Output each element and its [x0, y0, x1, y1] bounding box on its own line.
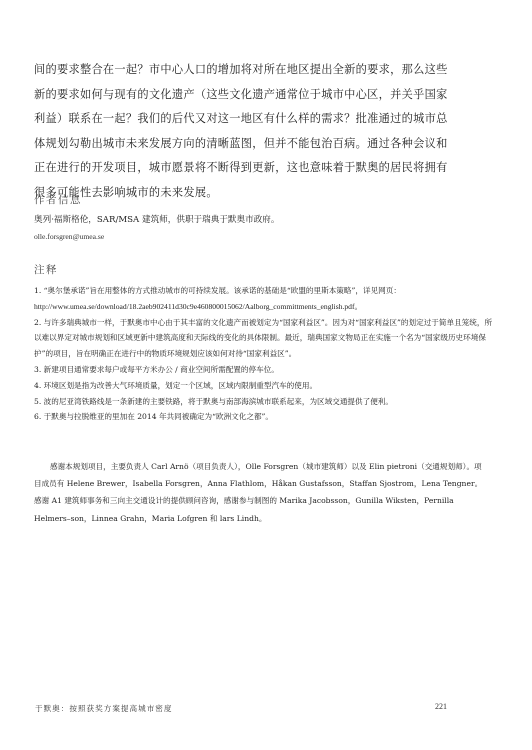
- note-text: 与许多瑞典城市一样，于默奥市中心由于其丰富的文化遗产而被划定为“国家利益区”。因…: [34, 318, 492, 359]
- note-link-suffix: 。: [355, 302, 363, 311]
- note-number: 2.: [34, 318, 41, 327]
- note-text: “奥尔堡承诺”旨在用整体的方式推动城市的可持续发展。该承诺的基础是“欧盟的里斯本…: [44, 286, 401, 295]
- note-text: 于默奥与拉脱维亚的里加在 2014 年共同被确定为“欧洲文化之都”。: [44, 412, 273, 421]
- author-info-heading: 作者信息: [34, 192, 82, 207]
- note-item-1: 1. “奥尔堡承诺”旨在用整体的方式推动城市的可持续发展。该承诺的基础是“欧盟的…: [34, 283, 494, 315]
- note-number: 5.: [34, 397, 41, 406]
- note-item-2: 2. 与许多瑞典城市一样，于默奥市中心由于其丰富的文化遗产而被划定为“国家利益区…: [34, 315, 494, 362]
- note-item-6: 6. 于默奥与拉脱维亚的里加在 2014 年共同被确定为“欧洲文化之都”。: [34, 409, 494, 425]
- author-email[interactable]: olle.forsgren@umea.se: [34, 232, 104, 241]
- note-text: 波的尼亚湾铁路线是一条新建的主要铁路，将于默奥与南部海滨城市联系起来，为区域交通…: [44, 397, 393, 406]
- notes-heading: 注释: [34, 262, 58, 277]
- body-paragraph-block: 间的要求整合在一起？市中心人口的增加将对所在地区提出全新的要求，那么这些新的要求…: [34, 58, 452, 206]
- note-number: 1.: [34, 286, 41, 295]
- note-text: 新建项目通常要求每户或每平方米办公 / 商业空间所需配置的停车位。: [44, 365, 279, 374]
- acknowledgements-paragraph: 感谢本规划项目，主要负责人 Carl Arnö（项目负责人），Olle Fors…: [34, 458, 489, 527]
- note-item-3: 3. 新建项目通常要求每户或每平方米办公 / 商业空间所需配置的停车位。: [34, 362, 494, 378]
- notes-list: 1. “奥尔堡承诺”旨在用整体的方式推动城市的可持续发展。该承诺的基础是“欧盟的…: [34, 283, 494, 425]
- running-footer-title: 于默奥：按照获奖方案提高城市密度: [35, 703, 173, 714]
- note-item-5: 5. 波的尼亚湾铁路线是一条新建的主要铁路，将于默奥与南部海滨城市联系起来，为区…: [34, 394, 494, 410]
- note-number: 4.: [34, 381, 41, 390]
- author-name-line: 奥列·福斯格伦，SAR/MSA 建筑师，供职于瑞典于默奥市政府。: [34, 213, 279, 225]
- note-number: 6.: [34, 412, 41, 421]
- body-paragraph: 间的要求整合在一起？市中心人口的增加将对所在地区提出全新的要求，那么这些新的要求…: [34, 58, 452, 206]
- note-link[interactable]: http://www.umea.se/download/18.2aeb90241…: [34, 302, 355, 311]
- page-number: 221: [435, 702, 447, 711]
- note-number: 3.: [34, 365, 41, 374]
- document-page: 间的要求整合在一起？市中心人口的增加将对所在地区提出全新的要求，那么这些新的要求…: [0, 0, 532, 750]
- note-text: 环境区划是指为改善大气环境质量，划定一个区域，区域内限制重型汽车的使用。: [44, 381, 317, 390]
- note-item-4: 4. 环境区划是指为改善大气环境质量，划定一个区域，区域内限制重型汽车的使用。: [34, 378, 494, 394]
